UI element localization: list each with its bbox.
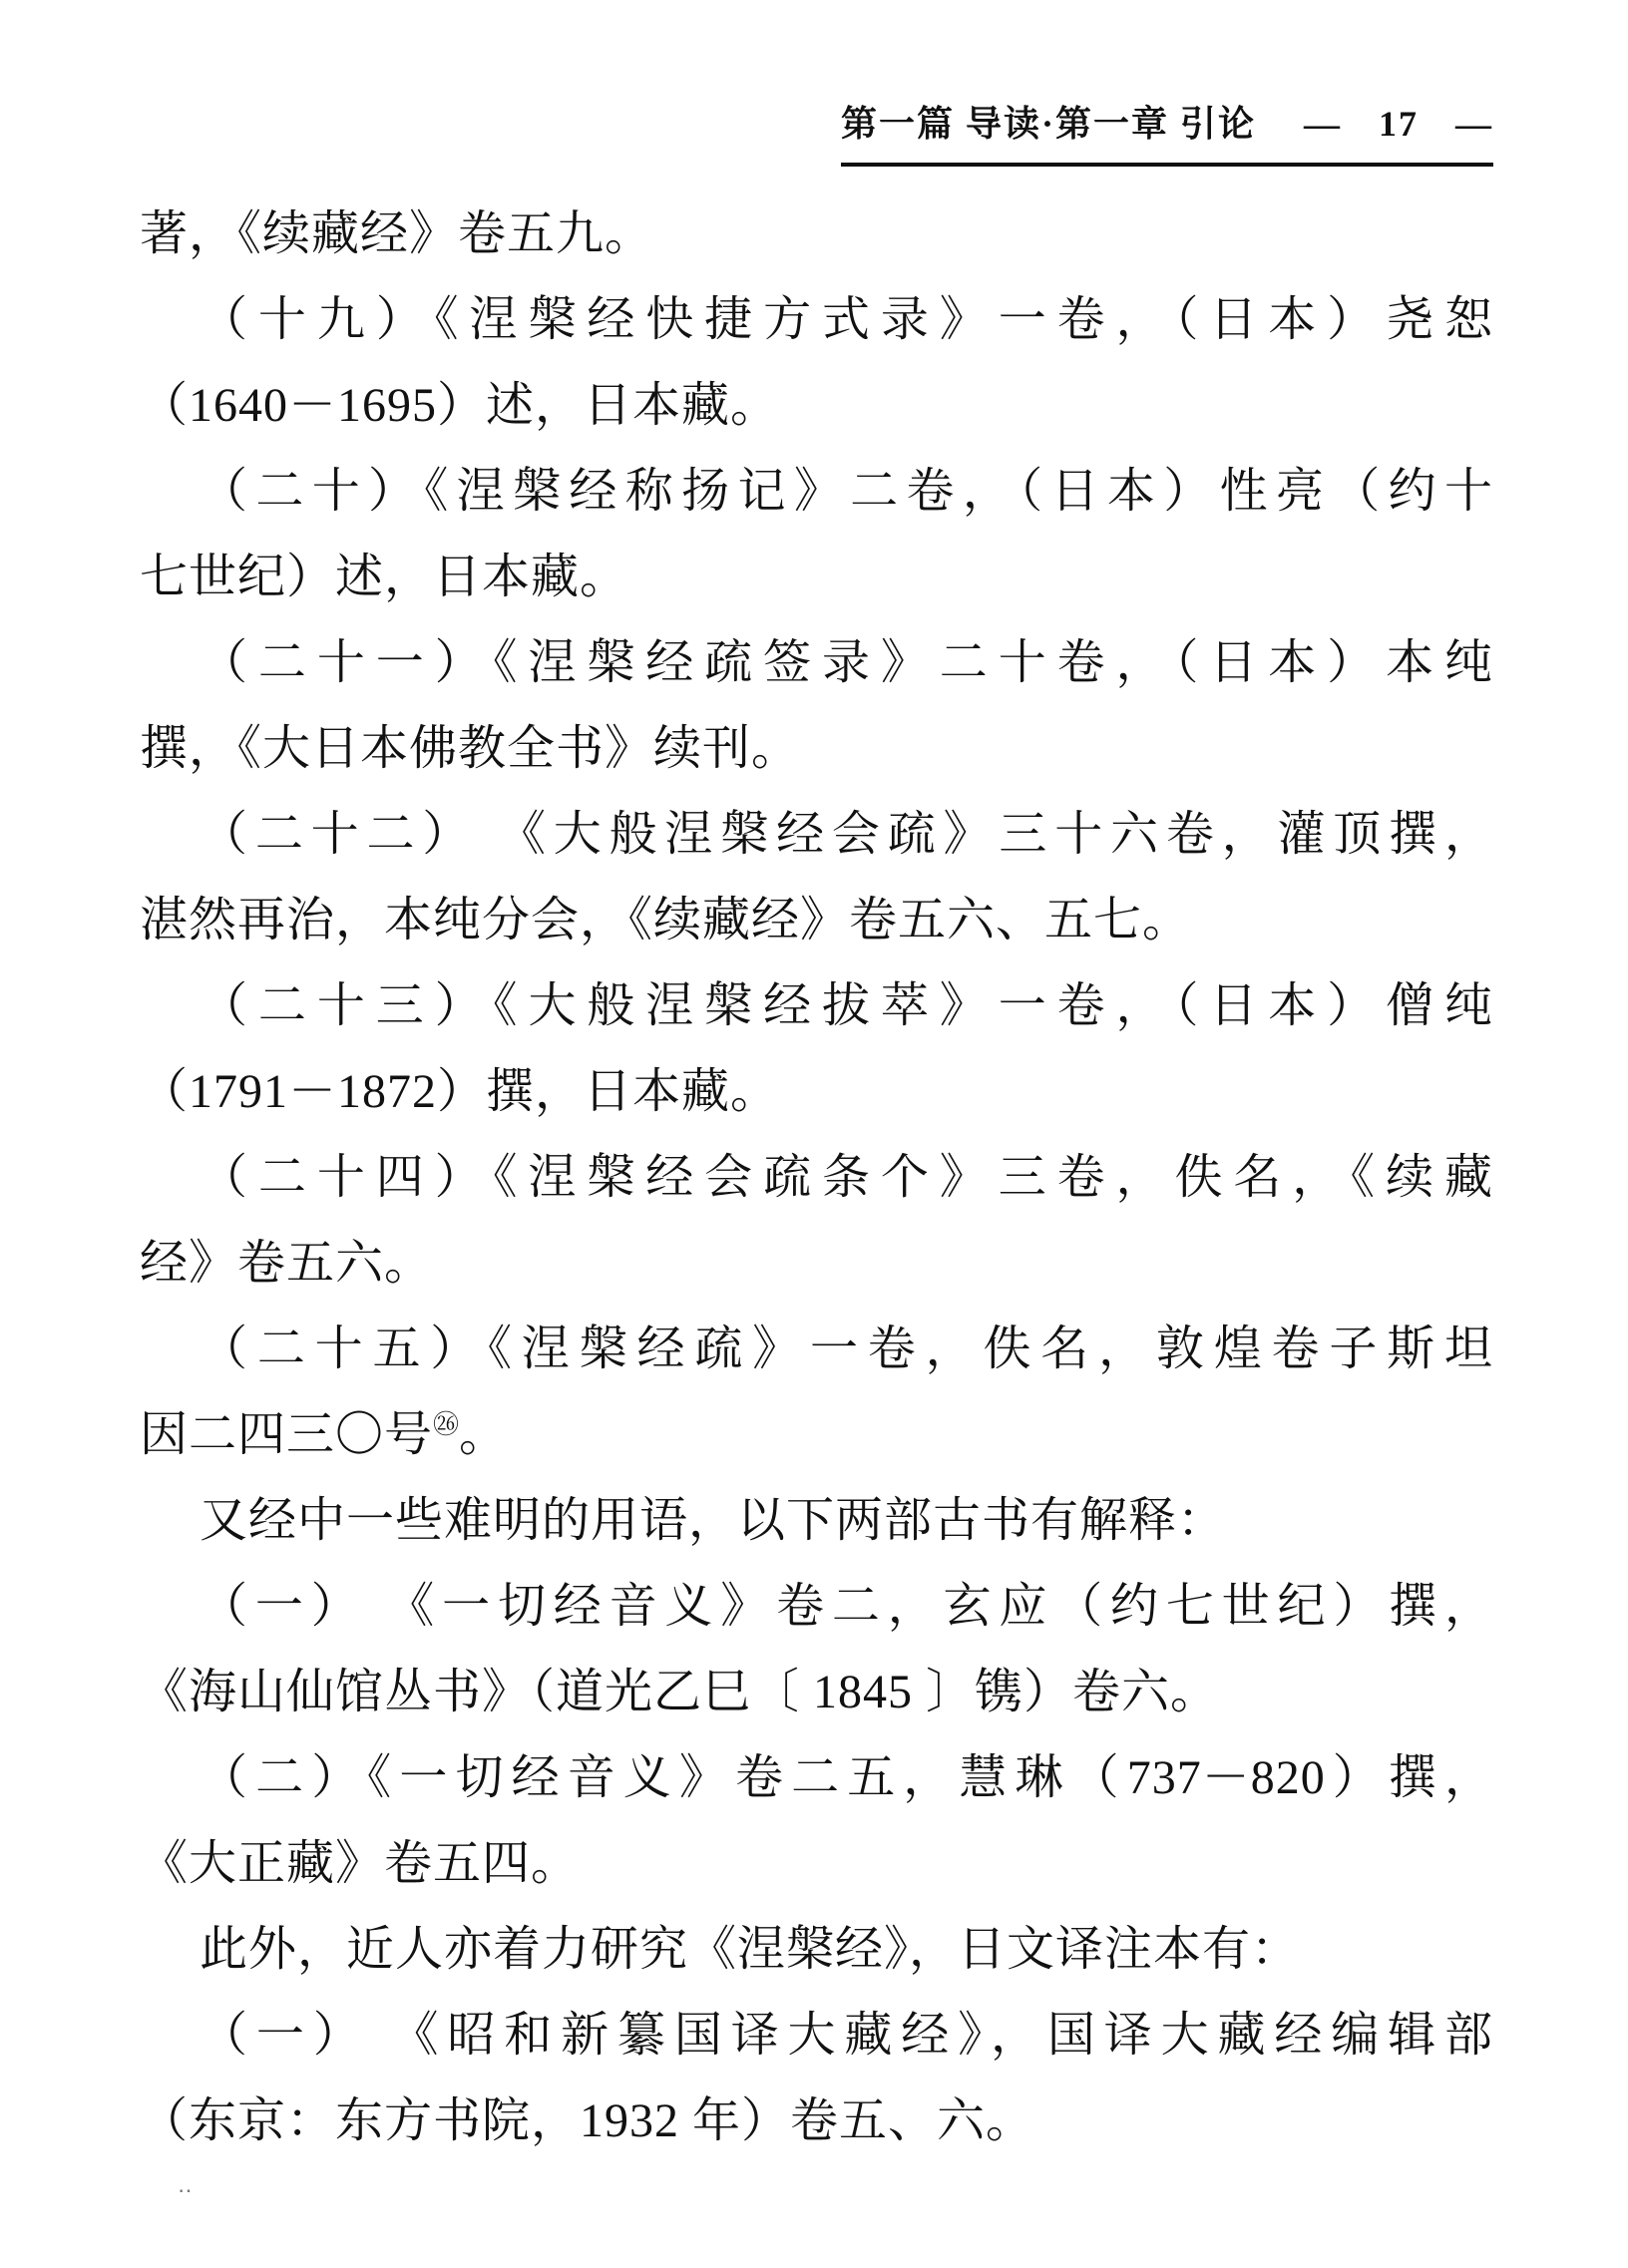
text-line: 此外，近人亦着力研究《涅槃经》，日文译注本有：: [140, 1907, 1493, 1993]
text-line: （一） 《一切经音义》卷二，玄应（约七世纪）撰，: [140, 1564, 1493, 1650]
text-line: 经》卷五六。: [140, 1221, 1493, 1307]
text-line: （1791－1872）撰，日本藏。: [140, 1049, 1493, 1135]
text-line: （二）《一切经音义》卷二五，慧琳（737－820）撰，: [140, 1735, 1493, 1821]
book-page: 第一篇 导读·第一章 引论— 17 — 著，《续藏经》卷五九。（十九）《涅槃经快…: [0, 0, 1628, 2268]
text-line: （一） 《昭和新纂国译大藏经》，国译大藏经编辑部: [140, 1993, 1493, 2079]
text-line: （二十）《涅槃经称扬记》二卷，（日本）性亮（约十: [140, 449, 1493, 535]
line-text: 。: [459, 1408, 508, 1461]
text-line: 《海山仙馆丛书》（道光乙巳〔 1845 〕镌）卷六。: [140, 1650, 1493, 1735]
text-line: （十九）《涅槃经快捷方式录》一卷，（日本）尧恕: [140, 277, 1493, 363]
text-line: 又经中一些难明的用语，以下两部古书有解释：: [140, 1478, 1493, 1564]
text-line: （二十三）《大般涅槃经拔萃》一卷，（日本）僧纯: [140, 963, 1493, 1049]
text-line: （二十二） 《大般涅槃经会疏》三十六卷，灌顶撰，: [140, 792, 1493, 878]
text-line: 湛然再治，本纯分会，《续藏经》卷五六、五七。: [140, 878, 1493, 963]
text-line: （二十一）《涅槃经疏签录》二十卷，（日本）本纯: [140, 620, 1493, 706]
page-number: — 17 —: [1304, 104, 1493, 144]
text-line: （1640－1695）述，日本藏。: [140, 363, 1493, 449]
text-line: （二十四）《涅槃经会疏条个》三卷，佚名，《续藏: [140, 1135, 1493, 1221]
text-line: 七世纪）述，日本藏。: [140, 535, 1493, 620]
footnote-marker: ㉖: [433, 1410, 459, 1439]
header-rule: 第一篇 导读·第一章 引论— 17 —: [841, 96, 1493, 167]
text-line: 撰，《大日本佛教全书》续刊。: [140, 706, 1493, 792]
text-line: （二十五）《涅槃经疏》一卷，佚名，敦煌卷子斯坦: [140, 1307, 1493, 1392]
line-text: 因二四三〇号: [140, 1408, 433, 1461]
text-line: 因二四三〇号㉖。: [140, 1392, 1493, 1478]
scan-artifact: ‥: [178, 2172, 193, 2198]
chapter-title: 第一篇 导读·第一章 引论: [841, 104, 1256, 144]
text-line: 《大正藏》卷五四。: [140, 1821, 1493, 1907]
running-header: 第一篇 导读·第一章 引论— 17 —: [140, 96, 1493, 167]
body-text: 著，《续藏经》卷五九。（十九）《涅槃经快捷方式录》一卷，（日本）尧恕（1640－…: [140, 191, 1493, 2164]
text-line: （东京：东方书院，1932 年）卷五、六。: [140, 2079, 1493, 2164]
text-line: 著，《续藏经》卷五九。: [140, 191, 1493, 277]
